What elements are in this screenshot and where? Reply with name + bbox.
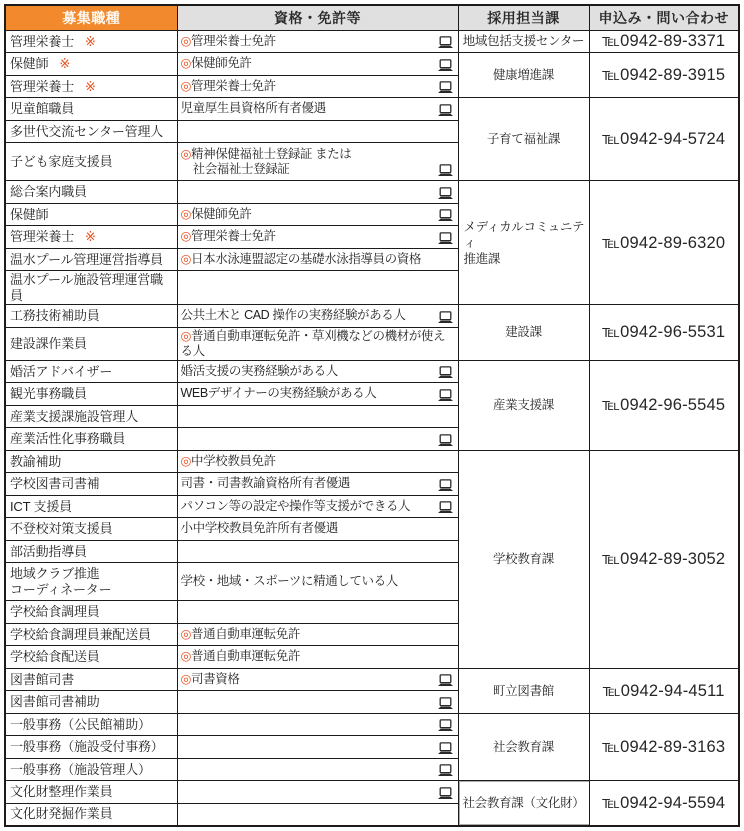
- table-row: 保健師※◎保健師免許健康増進課℡0942-89-3915: [5, 53, 739, 76]
- laptop-icon: [437, 187, 454, 200]
- qualification-cell: [177, 601, 458, 624]
- double-circle-mark: ◎: [181, 649, 192, 663]
- position-cell: 学校図書司書補: [5, 473, 177, 496]
- position-label: 婚活アドバイザー: [10, 364, 112, 379]
- position-label: 工務技術補助員: [10, 308, 100, 323]
- position-label: 文化財発掘作業員: [10, 806, 112, 821]
- position-label: 保健師: [10, 56, 48, 71]
- laptop-icon: [437, 104, 454, 117]
- header-row: 募集職種 資格・免許等 採用担当課 申込み・問い合わせ: [5, 5, 739, 30]
- position-cell: 総合案内職員: [5, 181, 177, 204]
- laptop-icon: [437, 742, 454, 755]
- position-label: 建設課作業員: [10, 336, 87, 351]
- qualification-label: WEBデザイナーの実務経験がある人: [181, 386, 377, 400]
- position-label: 子ども家庭支援員: [10, 154, 112, 169]
- position-cell: 観光事務職員: [5, 383, 177, 406]
- phone-cell: ℡0942-94-4511: [589, 668, 739, 713]
- position-label: 地域クラブ推進 コーディネーター: [10, 566, 111, 597]
- table-row: 一般事務（公民館補助）社会教育課℡0942-89-3163: [5, 713, 739, 736]
- position-label: 一般事務（施設受付事務）: [10, 739, 164, 754]
- position-label: 部活動指導員: [10, 544, 87, 559]
- qualification-cell: パソコン等の設定や操作等支援ができる人: [177, 495, 458, 518]
- position-cell: 管理栄養士※: [5, 30, 177, 53]
- position-cell: 保健師: [5, 203, 177, 226]
- phone-cell: ℡0942-89-3371: [589, 30, 739, 53]
- table-row: 管理栄養士※◎管理栄養士免許地域包括支援センター℡0942-89-3371: [5, 30, 739, 53]
- laptop-icon: [437, 697, 454, 710]
- double-circle-mark: ◎: [181, 329, 192, 343]
- qualification-cell: ◎管理栄養士免許: [177, 226, 458, 249]
- qualification-label: 管理栄養士免許: [191, 79, 276, 93]
- position-label: 温水プール管理運営指導員: [10, 252, 163, 267]
- qualification-cell: 婚活支援の実務経験がある人: [177, 360, 458, 383]
- position-cell: 学校給食調理員兼配送員: [5, 623, 177, 646]
- double-circle-mark: ◎: [181, 147, 192, 161]
- table-row: 婚活アドバイザー婚活支援の実務経験がある人産業支援課℡0942-96-5545: [5, 360, 739, 383]
- position-label: 管理栄養士: [10, 79, 74, 94]
- qualification-cell: ◎司書資格: [177, 668, 458, 691]
- position-cell: 一般事務（公民館補助）: [5, 713, 177, 736]
- position-cell: 管理栄養士※: [5, 226, 177, 249]
- position-cell: 管理栄養士※: [5, 75, 177, 98]
- phone-cell: ℡0942-89-3915: [589, 53, 739, 98]
- qualification-cell: [177, 736, 458, 759]
- asterisk-note-mark: ※: [85, 229, 96, 244]
- qualification-cell: [177, 758, 458, 781]
- qualification-label: 管理栄養士免許: [191, 229, 276, 243]
- qualification-label: 司書資格: [191, 672, 239, 686]
- phone-cell: ℡0942-89-3052: [589, 450, 739, 668]
- laptop-icon: [437, 501, 454, 514]
- laptop-icon: [437, 719, 454, 732]
- double-circle-mark: ◎: [181, 79, 192, 93]
- laptop-icon: [437, 479, 454, 492]
- double-circle-mark: ◎: [181, 454, 192, 468]
- position-cell: 部活動指導員: [5, 540, 177, 563]
- laptop-icon: [437, 164, 454, 177]
- table-row: 図書館司書◎司書資格町立図書館℡0942-94-4511: [5, 668, 739, 691]
- department-cell: 学校教育課: [458, 450, 589, 668]
- position-cell: 工務技術補助員: [5, 305, 177, 328]
- qualification-cell: [177, 181, 458, 204]
- position-label: 教諭補助: [10, 454, 61, 469]
- laptop-icon: [437, 36, 454, 49]
- qualification-cell: [177, 691, 458, 714]
- qualification-cell: 公共土木と CAD 操作の実務経験がある人: [177, 305, 458, 328]
- position-cell: 多世代交流センター管理人: [5, 120, 177, 143]
- phone-cell: ℡0942-94-5594: [589, 781, 739, 826]
- qualification-cell: [177, 405, 458, 428]
- qualification-cell: [177, 120, 458, 143]
- qualification-label: パソコン等の設定や操作等支援ができる人: [181, 499, 411, 513]
- asterisk-note-mark: ※: [59, 56, 70, 71]
- laptop-icon: [437, 232, 454, 245]
- qualification-cell: [177, 271, 458, 305]
- laptop-icon: [437, 366, 454, 379]
- double-circle-mark: ◎: [181, 56, 192, 70]
- position-cell: 保健師※: [5, 53, 177, 76]
- laptop-icon: [437, 674, 454, 687]
- position-label: 文化財整理作業員: [10, 784, 112, 799]
- position-cell: 図書館司書: [5, 668, 177, 691]
- column-header-contact: 申込み・問い合わせ: [589, 5, 739, 30]
- position-cell: 文化財整理作業員: [5, 781, 177, 804]
- qualification-cell: [177, 540, 458, 563]
- qualification-label: 普通自動車運転免許・草刈機などの機材が使える人: [181, 329, 446, 358]
- position-cell: 学校給食配送員: [5, 646, 177, 669]
- position-label: ICT 支援員: [10, 499, 72, 514]
- double-circle-mark: ◎: [181, 627, 192, 641]
- phone-cell: ℡0942-96-5531: [589, 305, 739, 361]
- laptop-icon: [437, 59, 454, 72]
- qualification-cell: ◎管理栄養士免許: [177, 30, 458, 53]
- position-label: 一般事務（施設管理人）: [10, 762, 151, 777]
- double-circle-mark: ◎: [181, 229, 192, 243]
- laptop-icon: [437, 434, 454, 447]
- department-cell: 建設課: [458, 305, 589, 361]
- department-cell: 地域包括支援センター: [458, 30, 589, 53]
- department-cell: 健康増進課: [458, 53, 589, 98]
- qualification-label: 児童厚生員資格所有者優遇: [181, 101, 326, 115]
- position-cell: 建設課作業員: [5, 327, 177, 360]
- position-label: 学校給食調理員兼配送員: [10, 627, 151, 642]
- position-label: 図書館司書: [10, 672, 74, 687]
- position-cell: 地域クラブ推進 コーディネーター: [5, 563, 177, 601]
- department-cell: 産業支援課: [458, 360, 589, 450]
- qualification-cell: 司書・司書教諭資格所有者優遇: [177, 473, 458, 496]
- qualification-label: 保健師免許: [191, 56, 252, 70]
- double-circle-mark: ◎: [181, 672, 192, 686]
- position-cell: 児童館職員: [5, 98, 177, 121]
- department-cell: メディカルコミュニティ 推進課: [458, 181, 589, 305]
- position-cell: 図書館司書補助: [5, 691, 177, 714]
- qualification-label: 中学校教員免許: [191, 454, 276, 468]
- table-header: 募集職種 資格・免許等 採用担当課 申込み・問い合わせ: [5, 5, 739, 30]
- qualification-cell: 学校・地域・スポーツに精通している人: [177, 563, 458, 601]
- table-row: 児童館職員児童厚生員資格所有者優遇子育て福祉課℡0942-94-5724: [5, 98, 739, 121]
- position-label: 多世代交流センター管理人: [10, 124, 163, 139]
- position-label: 不登校対策支援員: [10, 521, 112, 536]
- phone-cell: ℡0942-89-3163: [589, 713, 739, 781]
- position-label: 学校図書司書補: [10, 476, 100, 491]
- column-header-qualification: 資格・免許等: [177, 5, 458, 30]
- double-circle-mark: ◎: [181, 34, 192, 48]
- position-label: 管理栄養士: [10, 34, 74, 49]
- department-cell: 子育て福祉課: [458, 98, 589, 181]
- position-cell: 不登校対策支援員: [5, 518, 177, 541]
- qualification-label: 婚活支援の実務経験がある人: [181, 364, 338, 378]
- qualification-label: 管理栄養士免許: [191, 34, 276, 48]
- position-label: 図書館司書補助: [10, 694, 100, 709]
- phone-cell: ℡0942-96-5545: [589, 360, 739, 450]
- double-circle-mark: ◎: [181, 252, 192, 266]
- position-cell: 温水プール施設管理運営職員: [5, 271, 177, 305]
- qualification-cell: [177, 803, 458, 826]
- position-cell: 教諭補助: [5, 450, 177, 473]
- qualification-label: 小中学校教員免許所有者優遇: [181, 521, 338, 535]
- qualification-cell: 児童厚生員資格所有者優遇: [177, 98, 458, 121]
- qualification-label: 普通自動車運転免許: [191, 627, 300, 641]
- position-label: 一般事務（公民館補助）: [10, 717, 151, 732]
- qualification-cell: ◎普通自動車運転免許: [177, 646, 458, 669]
- position-cell: 産業活性化事務職員: [5, 428, 177, 451]
- qualification-label: 普通自動車運転免許: [191, 649, 300, 663]
- table-row: 総合案内職員メディカルコミュニティ 推進課℡0942-89-6320: [5, 181, 739, 204]
- column-header-department: 採用担当課: [458, 5, 589, 30]
- qualification-label: 保健師免許: [191, 207, 252, 221]
- qualification-cell: ◎普通自動車運転免許・草刈機などの機材が使える人: [177, 327, 458, 360]
- position-label: 産業活性化事務職員: [10, 431, 125, 446]
- qualification-cell: ◎保健師免許: [177, 203, 458, 226]
- qualification-cell: ◎日本水泳連盟認定の基礎水泳指導員の資格: [177, 248, 458, 271]
- table-row: 文化財整理作業員社会教育課（文化財）℡0942-94-5594: [5, 781, 739, 804]
- position-label: 産業支援課施設管理人: [10, 409, 138, 424]
- recruitment-table: 募集職種 資格・免許等 採用担当課 申込み・問い合わせ 管理栄養士※◎管理栄養士…: [4, 4, 740, 827]
- department-cell: 社会教育課（文化財）: [458, 781, 589, 826]
- position-label: 温水プール施設管理運営職員: [10, 272, 163, 303]
- position-label: 学校給食調理員: [10, 604, 100, 619]
- qualification-label: 司書・司書教諭資格所有者優遇: [181, 476, 350, 490]
- qualification-cell: [177, 713, 458, 736]
- asterisk-note-mark: ※: [85, 34, 96, 49]
- qualification-cell: ◎精神保健福祉士登録証 または 社会福祉士登録証: [177, 143, 458, 181]
- qualification-cell: 小中学校教員免許所有者優遇: [177, 518, 458, 541]
- position-cell: 学校給食調理員: [5, 601, 177, 624]
- laptop-icon: [437, 787, 454, 800]
- qualification-cell: ◎保健師免許: [177, 53, 458, 76]
- laptop-icon: [437, 81, 454, 94]
- position-label: 保健師: [10, 207, 48, 222]
- qualification-cell: [177, 781, 458, 804]
- asterisk-note-mark: ※: [85, 79, 96, 94]
- phone-cell: ℡0942-94-5724: [589, 98, 739, 181]
- position-cell: 一般事務（施設受付事務）: [5, 736, 177, 759]
- laptop-icon: [437, 311, 454, 324]
- qualification-cell: ◎管理栄養士免許: [177, 75, 458, 98]
- table-row: 教諭補助◎中学校教員免許学校教育課℡0942-89-3052: [5, 450, 739, 473]
- department-cell: 社会教育課: [458, 713, 589, 781]
- position-label: 児童館職員: [10, 101, 74, 116]
- position-cell: 文化財発掘作業員: [5, 803, 177, 826]
- position-label: 総合案内職員: [10, 184, 87, 199]
- department-cell: 町立図書館: [458, 668, 589, 713]
- column-header-position: 募集職種: [5, 5, 177, 30]
- qualification-label: 日本水泳連盟認定の基礎水泳指導員の資格: [191, 252, 421, 266]
- position-cell: 婚活アドバイザー: [5, 360, 177, 383]
- position-cell: ICT 支援員: [5, 495, 177, 518]
- position-cell: 子ども家庭支援員: [5, 143, 177, 181]
- position-cell: 産業支援課施設管理人: [5, 405, 177, 428]
- qualification-label: 学校・地域・スポーツに精通している人: [181, 574, 398, 588]
- position-label: 管理栄養士: [10, 229, 74, 244]
- double-circle-mark: ◎: [181, 207, 192, 221]
- position-label: 観光事務職員: [10, 386, 87, 401]
- position-cell: 一般事務（施設管理人）: [5, 758, 177, 781]
- qualification-label: 公共土木と CAD 操作の実務経験がある人: [181, 308, 406, 322]
- position-cell: 温水プール管理運営指導員: [5, 248, 177, 271]
- table-row: 工務技術補助員公共土木と CAD 操作の実務経験がある人建設課℡0942-96-…: [5, 305, 739, 328]
- position-label: 学校給食配送員: [10, 649, 100, 664]
- qualification-label: 精神保健福祉士登録証 または 社会福祉士登録証: [181, 147, 352, 176]
- qualification-cell: ◎普通自動車運転免許: [177, 623, 458, 646]
- laptop-icon: [437, 764, 454, 777]
- qualification-cell: WEBデザイナーの実務経験がある人: [177, 383, 458, 406]
- laptop-icon: [437, 389, 454, 402]
- qualification-cell: [177, 428, 458, 451]
- qualification-cell: ◎中学校教員免許: [177, 450, 458, 473]
- table-body: 管理栄養士※◎管理栄養士免許地域包括支援センター℡0942-89-3371保健師…: [5, 30, 739, 826]
- laptop-icon: [437, 209, 454, 222]
- phone-cell: ℡0942-89-6320: [589, 181, 739, 305]
